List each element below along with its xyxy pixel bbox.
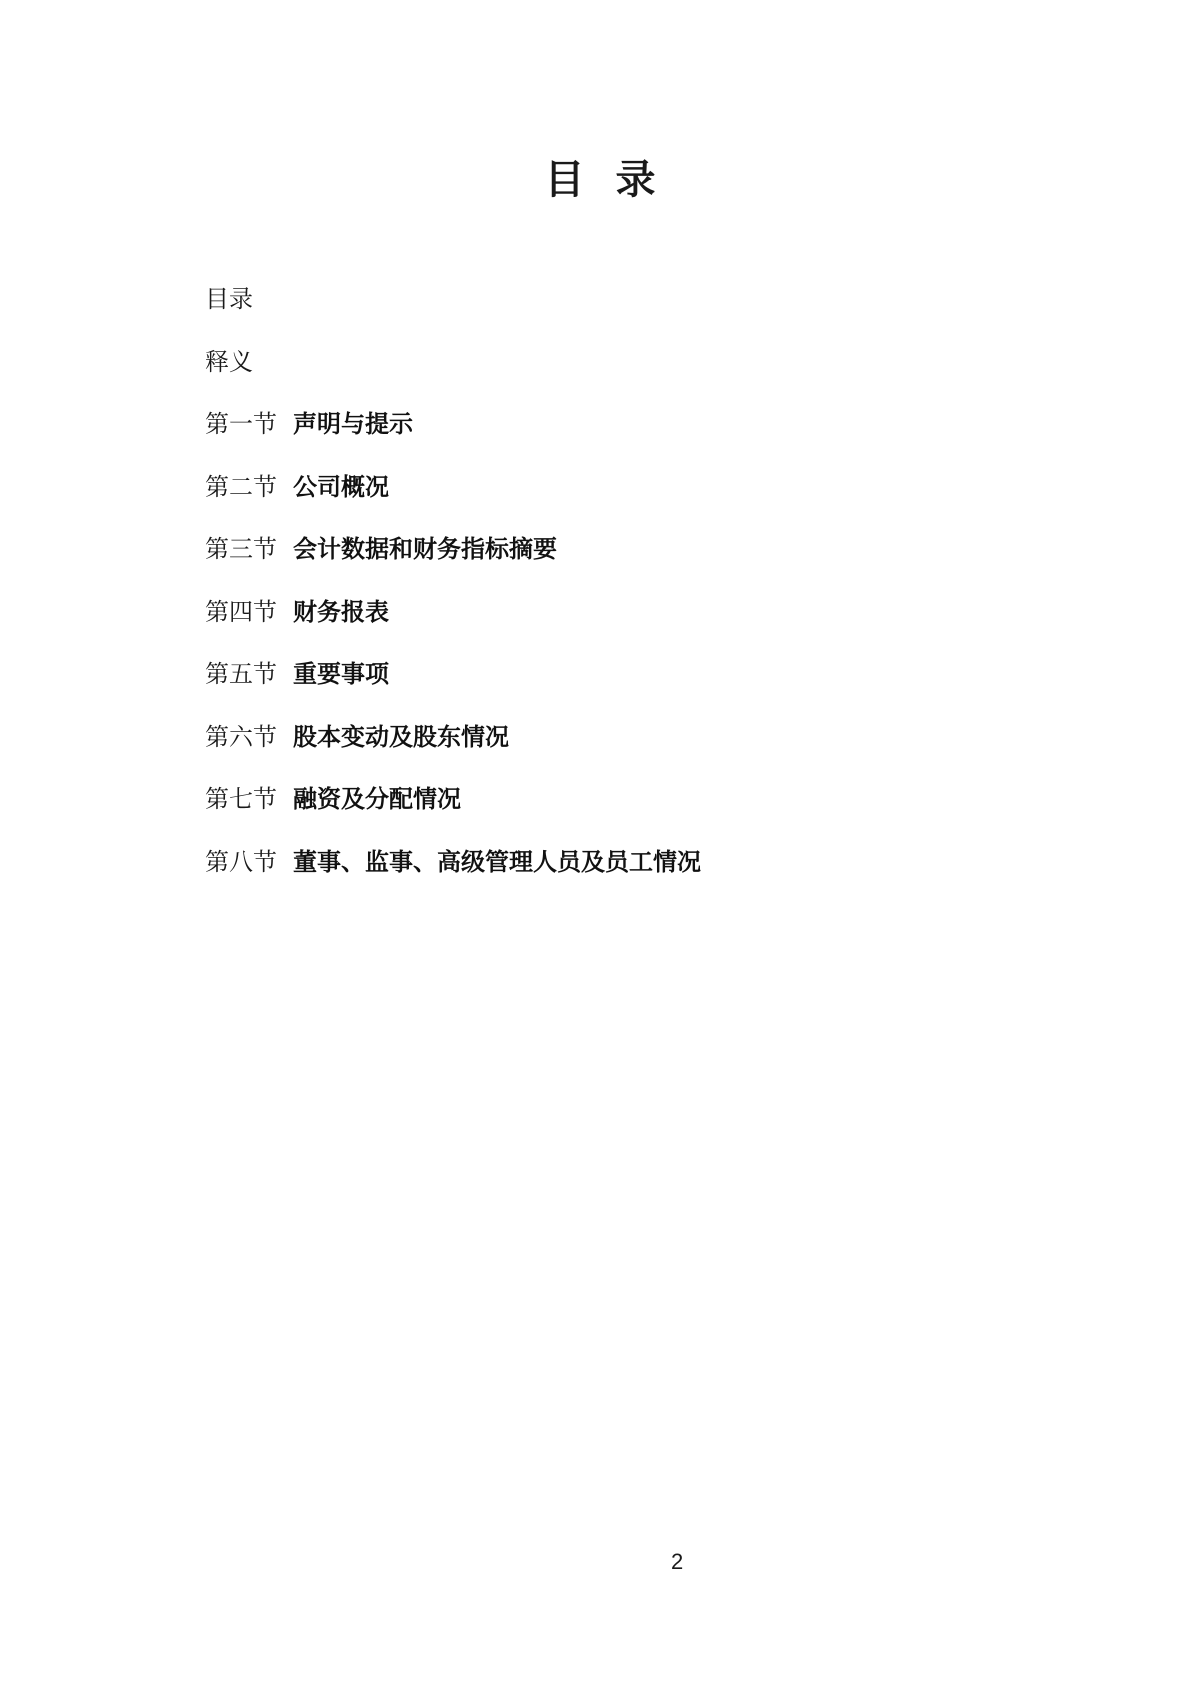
toc-section-number: 第一节 — [205, 413, 277, 437]
toc-section-number: 第八节 — [205, 851, 277, 875]
toc-section-number: 第七节 — [205, 788, 277, 812]
toc-entry: 第一节 声明与提示 — [205, 413, 701, 437]
toc-section-number: 第三节 — [205, 538, 277, 562]
page-title: 目 录 — [0, 148, 1200, 205]
document-page: 目 录 目录 释义 第一节 声明与提示 第二节 公司概况 第三节 会计数据和财务… — [0, 0, 1200, 1696]
toc-entry: 目录 — [205, 288, 701, 312]
toc-section-title: 会计数据和财务指标摘要 — [293, 538, 557, 562]
toc-entry: 第七节 融资及分配情况 — [205, 788, 701, 812]
toc-section-number: 第六节 — [205, 726, 277, 750]
toc-section-title: 重要事项 — [293, 663, 389, 687]
page-footer: 2 — [0, 1551, 1200, 1577]
toc-section-title: 公司概况 — [293, 476, 389, 500]
toc-section-title: 财务报表 — [293, 601, 389, 625]
toc-section-number: 第四节 — [205, 601, 277, 625]
toc-entry: 第八节 董事、监事、高级管理人员及员工情况 — [205, 851, 701, 875]
toc-section-title: 股本变动及股东情况 — [293, 726, 509, 750]
toc-entry: 第五节 重要事项 — [205, 663, 701, 687]
table-of-contents: 目录 释义 第一节 声明与提示 第二节 公司概况 第三节 会计数据和财务指标摘要… — [205, 288, 701, 875]
toc-entry-label: 目录 — [205, 288, 253, 312]
toc-section-title: 董事、监事、高级管理人员及员工情况 — [293, 851, 701, 875]
toc-entry: 释义 — [205, 351, 701, 375]
toc-section-title: 声明与提示 — [293, 413, 413, 437]
toc-entry-label: 释义 — [205, 351, 253, 375]
toc-section-title: 融资及分配情况 — [293, 788, 461, 812]
page-number: 2 — [671, 1551, 683, 1573]
toc-entry: 第六节 股本变动及股东情况 — [205, 726, 701, 750]
toc-entry: 第二节 公司概况 — [205, 476, 701, 500]
toc-section-number: 第二节 — [205, 476, 277, 500]
toc-entry: 第四节 财务报表 — [205, 601, 701, 625]
toc-entry: 第三节 会计数据和财务指标摘要 — [205, 538, 701, 562]
toc-section-number: 第五节 — [205, 663, 277, 687]
